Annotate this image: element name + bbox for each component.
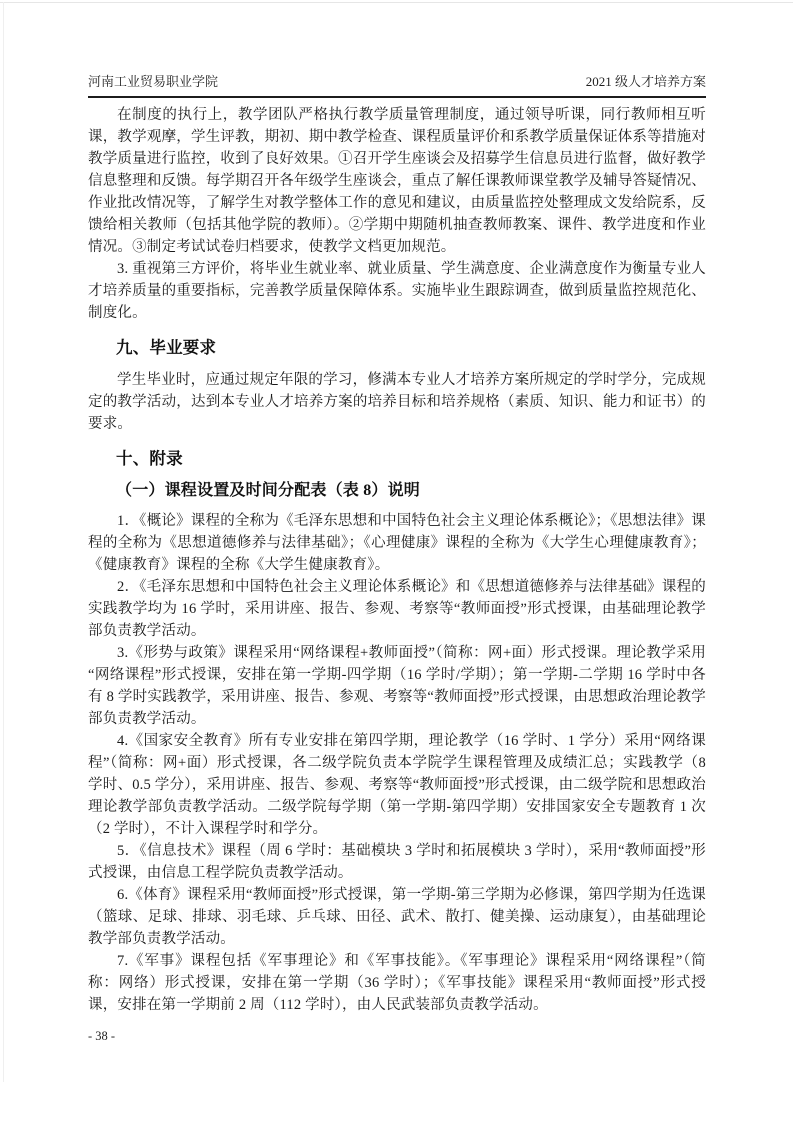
page-edge-left-line [3, 2, 4, 1082]
document-page: 河南工业贸易职业学院 2021 级人才培养方案 在制度的执行上，教学团队严格执行… [0, 0, 793, 1122]
page-edge-top-line [0, 2, 793, 3]
page-header: 河南工业贸易职业学院 2021 级人才培养方案 [88, 71, 706, 98]
paragraph-quality-monitoring: 在制度的执行上，教学团队严格执行教学质量管理制度，通过领导听课，同行教师相互听课… [88, 104, 706, 258]
course-note-item: 3.《形势与政策》课程采用“网络课程+教师面授”（简称：网+面）形式授课。理论教… [88, 642, 706, 730]
subheading-course-schedule-table-notes: （一）课程设置及时间分配表（表 8）说明 [88, 480, 706, 502]
page-footer: - 38 - [88, 1029, 115, 1044]
heading-graduation-requirements: 九、毕业要求 [88, 337, 706, 359]
document-body: 在制度的执行上，教学团队严格执行教学质量管理制度，通过领导听课，同行教师相互听课… [88, 104, 706, 1016]
paragraph-graduation-conditions: 学生毕业时，应通过规定年限的学习，修满本专业人才培养方案所规定的学时学分，完成规… [88, 369, 706, 435]
course-note-item: 4.《国家安全教育》所有专业安排在第四学期，理论教学（16 学时、1 学分）采用… [88, 730, 706, 840]
heading-appendix: 十、附录 [88, 448, 706, 470]
course-note-item: 5．《信息技术》课程（周 6 学时：基础模块 3 学时和拓展模块 3 学时），采… [88, 840, 706, 884]
paragraph-third-party-evaluation: 3. 重视第三方评价，将毕业生就业率、就业质量、学生满意度、企业满意度作为衡量专… [88, 258, 706, 324]
header-school-name: 河南工业贸易职业学院 [88, 71, 218, 90]
course-note-item: 6.《体育》课程采用“教师面授”形式授课，第一学期-第三学期为必修课，第四学期为… [88, 884, 706, 950]
page-number: - 38 - [88, 1029, 115, 1043]
course-note-item: 1．《概论》课程的全称为《毛泽东思想和中国特色社会主义理论体系概论》；《思想法律… [88, 510, 706, 576]
header-doc-title: 2021 级人才培养方案 [586, 71, 706, 90]
course-note-item: 2．《毛泽东思想和中国特色社会主义理论体系概论》和《思想道德修养与法律基础》课程… [88, 576, 706, 642]
course-note-item: 7.《军事》课程包括《军事理论》和《军事技能》。《军事理论》课程采用“网络课程”… [88, 950, 706, 1016]
